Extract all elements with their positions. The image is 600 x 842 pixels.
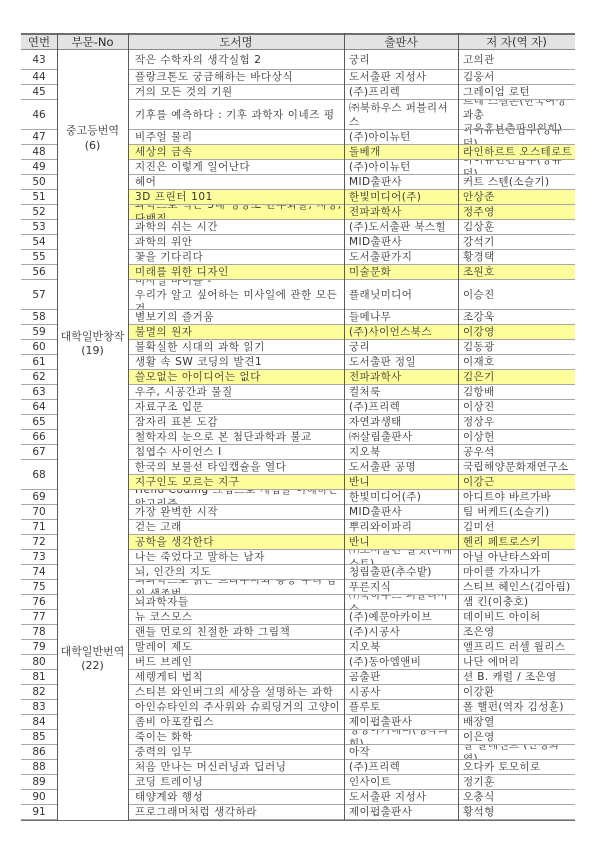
author: 김웅서 bbox=[458, 70, 575, 85]
row-number: 68 bbox=[21, 460, 57, 490]
book-title: 뇌, 인간의 지도 bbox=[128, 565, 344, 580]
author: 정기훈 bbox=[458, 775, 575, 790]
author: 라인하르트 오스테로트 bbox=[458, 145, 575, 160]
author: 오충식 bbox=[458, 790, 575, 805]
author: 마이클 가자니가 bbox=[458, 565, 575, 580]
book-title: Hello Coding 그림으로 개념을 이해하는 알고리즘 bbox=[128, 490, 344, 505]
row-number: 58 bbox=[21, 310, 57, 325]
author: 아이뉴턴편집부(양유덕) bbox=[458, 130, 575, 145]
book-title: 지진은 이렇게 일어난다 bbox=[128, 160, 344, 175]
publisher: 들메나무 bbox=[344, 310, 458, 325]
book-title: 미사일 바이블 - 우리가 알고 싶어하는 미사일에 관한 모든 것 bbox=[128, 280, 344, 310]
row-number: 45 bbox=[21, 85, 57, 100]
publisher: (주)시공사 bbox=[344, 625, 458, 640]
publisher: (주)도서출판 북스힐 bbox=[344, 220, 458, 235]
book-title: 생활 속 SW 코딩의 발견1 bbox=[128, 355, 344, 370]
publisher: 플래닛미디어 bbox=[344, 280, 458, 310]
book-title: 별보기의 즐거움 bbox=[128, 310, 344, 325]
publisher: ㈜북하우스 퍼블리셔스 bbox=[344, 100, 458, 130]
publisher: 도서출판 공명 bbox=[344, 460, 458, 475]
book-title: 세상의 금속 bbox=[128, 145, 344, 160]
publisher: 청림출판(추수밭) bbox=[344, 565, 458, 580]
author: 조강욱 bbox=[458, 310, 575, 325]
book-title: 태양계와 행성 bbox=[128, 790, 344, 805]
book-title: 중력의 임무 bbox=[128, 745, 344, 760]
book-title: 좀비 아포칼립스 bbox=[128, 715, 344, 730]
group-label-general-translation: 대학일반번역 bbox=[57, 645, 128, 659]
book-title: 침엽수 사이언스 I bbox=[128, 445, 344, 460]
author: 이재호 bbox=[458, 355, 575, 370]
book-title: 플랑크톤도 궁금해하는 바다상식 bbox=[128, 70, 344, 85]
author: 스티브 헤인스(김아림) bbox=[458, 580, 575, 595]
publisher: 반니 bbox=[344, 535, 458, 550]
column-divider bbox=[344, 33, 345, 821]
author: 아이뉴턴편집부(양유덕) bbox=[458, 160, 575, 175]
row-number: 91 bbox=[21, 805, 57, 820]
publisher: 전파과학사 bbox=[344, 205, 458, 220]
book-title: 자료구조 입문 bbox=[128, 400, 344, 415]
header-category: 부문-No bbox=[57, 35, 128, 50]
row-number: 77 bbox=[21, 610, 57, 625]
author: 조원호 bbox=[458, 265, 575, 280]
book-title: 처음 만나는 머신러닝과 딥러닝 bbox=[128, 760, 344, 775]
row-number: 82 bbox=[21, 685, 57, 700]
row-number: 66 bbox=[21, 430, 57, 445]
book-title: 뉴 코스모스 bbox=[128, 610, 344, 625]
row-number: 76 bbox=[21, 595, 57, 610]
publisher: 상상아카데미(생각의힘) bbox=[344, 730, 458, 745]
publisher: (주)프리렉 bbox=[344, 85, 458, 100]
publisher: 플루토 bbox=[344, 700, 458, 715]
row-number: 80 bbox=[21, 655, 57, 670]
publisher: 도서출판 지성사 bbox=[344, 790, 458, 805]
column-divider bbox=[458, 33, 459, 821]
author: 앨프리드 러셀 월리스 bbox=[458, 640, 575, 655]
book-title: 과학으로 먹는 3대 영양소 탄수화물, 지방, 단백질 bbox=[128, 205, 344, 220]
column-divider bbox=[128, 33, 129, 821]
book-title: 프로그래머처럼 생각하라 bbox=[128, 805, 344, 820]
publisher: 도서출판 지성사 bbox=[344, 70, 458, 85]
author: 오다카 토모히로 bbox=[458, 760, 575, 775]
publisher: (주)프리렉 bbox=[344, 400, 458, 415]
author: 나단 에머리 bbox=[458, 655, 575, 670]
row-number: 89 bbox=[21, 775, 57, 790]
row-number: 54 bbox=[21, 235, 57, 250]
group-label-middle-high-translation: 중고등번역 bbox=[57, 124, 128, 138]
author: 정상우 bbox=[458, 415, 575, 430]
book-title: 불확실한 시대의 과학 읽기 bbox=[128, 340, 344, 355]
author: 르네 스켈톤(한국여성과총 교육홍보출판위원회) bbox=[458, 100, 575, 130]
row-number: 71 bbox=[21, 520, 57, 535]
row-number: 43 bbox=[21, 50, 57, 70]
book-title: 스티븐 와인버그의 세상을 설명하는 과학 bbox=[128, 685, 344, 700]
author: 션 B. 캐럴 / 조은영 bbox=[458, 670, 575, 685]
publisher: ㈜살림출판사 bbox=[344, 430, 458, 445]
book-title: 꽃을 기다리다 bbox=[128, 250, 344, 265]
author: 황석형 bbox=[458, 805, 575, 820]
publisher: 궁리 bbox=[344, 340, 458, 355]
publisher: ㈜도서출판 길벗(더퀘스트) bbox=[344, 550, 458, 565]
author: 이강영 bbox=[458, 325, 575, 340]
row-number: 90 bbox=[21, 790, 57, 805]
row-number: 59 bbox=[21, 325, 57, 340]
header-title: 도서명 bbox=[128, 35, 344, 50]
publisher: (주)사이언스북스 bbox=[344, 325, 458, 340]
publisher: MID출판사 bbox=[344, 505, 458, 520]
author: 이강근 bbox=[458, 475, 575, 490]
book-title: 거의 모든 것의 기원 bbox=[128, 85, 344, 100]
author: 그레이엄 로턴 bbox=[458, 85, 575, 100]
group-count-general-translation: (22) bbox=[57, 659, 128, 673]
publisher: 시공사 bbox=[344, 685, 458, 700]
book-title: 버드 브레인 bbox=[128, 655, 344, 670]
row-number: 72 bbox=[21, 535, 57, 550]
author: 김은기 bbox=[458, 370, 575, 385]
book-title: 기후를 예측하다 : 기후 과학자 이네즈 펑 bbox=[128, 100, 344, 130]
row-number: 67 bbox=[21, 445, 57, 460]
book-title: 우주, 시공간과 물질 bbox=[128, 385, 344, 400]
book-title: 뇌과학으로 읽는 트라우마와 통증 우리 몸의 생존법 bbox=[128, 580, 344, 595]
author: 이상헌 bbox=[458, 430, 575, 445]
book-title: 코딩 트레이닝 bbox=[128, 775, 344, 790]
author: 폴 핼펀(역자 김성훈) bbox=[458, 700, 575, 715]
publisher: 전파과학사 bbox=[344, 370, 458, 385]
row-number: 70 bbox=[21, 505, 57, 520]
book-title: 철학자의 눈으로 본 첨단과학과 불교 bbox=[128, 430, 344, 445]
row-number: 74 bbox=[21, 565, 57, 580]
book-title: 공학을 생각한다 bbox=[128, 535, 344, 550]
publisher: 컬처룩 bbox=[344, 385, 458, 400]
book-title: 아인슈타인의 주사위와 슈뢰딩거의 고양이 bbox=[128, 700, 344, 715]
publisher: MID출판사 bbox=[344, 235, 458, 250]
author: 강석기 bbox=[458, 235, 575, 250]
publisher: 한빛미디어(주) bbox=[344, 490, 458, 505]
publisher: MID출판사 bbox=[344, 175, 458, 190]
row-number: 44 bbox=[21, 70, 57, 85]
row-number: 61 bbox=[21, 355, 57, 370]
book-title: 3D 프린터 101 bbox=[128, 190, 344, 205]
book-title: 과학의 쉬는 시간 bbox=[128, 220, 344, 235]
publisher: (주)아이뉴턴 bbox=[344, 160, 458, 175]
row-number: 56 bbox=[21, 265, 57, 280]
book-title: 쓸모없는 아이디어는 없다 bbox=[128, 370, 344, 385]
publisher: 궁리 bbox=[344, 50, 458, 70]
row-number: 55 bbox=[21, 250, 57, 265]
row-number: 63 bbox=[21, 385, 57, 400]
row-number: 60 bbox=[21, 340, 57, 355]
row-number: 47 bbox=[21, 130, 57, 145]
publisher: ㈜북하우스 퍼블리셔스 bbox=[344, 595, 458, 610]
book-title: 말레이 제도 bbox=[128, 640, 344, 655]
author: 이상진 bbox=[458, 400, 575, 415]
publisher: 뿌리와이파리 bbox=[344, 520, 458, 535]
publisher: 푸른지식 bbox=[344, 580, 458, 595]
row-number: 73 bbox=[21, 550, 57, 565]
book-title: 작은 수학자의 생각실험 2 bbox=[128, 50, 344, 70]
row-number: 62 bbox=[21, 370, 57, 385]
row-number: 84 bbox=[21, 715, 57, 730]
author: 아닐 아난타스와미 bbox=[458, 550, 575, 565]
group-count-middle-high-translation: (6) bbox=[57, 139, 128, 153]
publisher: 미술문화 bbox=[344, 265, 458, 280]
publisher: (주)동아엠앤비 bbox=[344, 655, 458, 670]
table-header: 연번 부문-No 도서명 출판사 저 자(역 자) bbox=[21, 33, 575, 50]
row-number: 78 bbox=[21, 625, 57, 640]
publisher: 곰출판 bbox=[344, 670, 458, 685]
author: 커트 스텐(소슬기) bbox=[458, 175, 575, 190]
author: 조은영 bbox=[458, 625, 575, 640]
publisher: 제이펍출판사 bbox=[344, 805, 458, 820]
row-number: 88 bbox=[21, 760, 57, 775]
author: 김상훈 bbox=[458, 220, 575, 235]
publisher: 도서출판가지 bbox=[344, 250, 458, 265]
header-publisher: 출판사 bbox=[344, 35, 458, 50]
book-title: 가장 완벽한 시작 bbox=[128, 505, 344, 520]
book-title: 불멸의 원자 bbox=[128, 325, 344, 340]
book-list-document: 연번 부문-No 도서명 출판사 저 자(역 자) 43작은 수학자의 생각실험… bbox=[0, 0, 600, 842]
author: 이은영 bbox=[458, 730, 575, 745]
publisher: 지오북 bbox=[344, 445, 458, 460]
row-number: 57 bbox=[21, 280, 57, 310]
publisher: 반니 bbox=[344, 475, 458, 490]
author: 국립해양문화재연구소 bbox=[458, 460, 575, 475]
publisher: 도서출판 정일 bbox=[344, 355, 458, 370]
author: 공우석 bbox=[458, 445, 575, 460]
author: 팀 버케드(소슬기) bbox=[458, 505, 575, 520]
header-no: 연번 bbox=[21, 35, 57, 50]
publisher: 지오북 bbox=[344, 640, 458, 655]
book-title: 헤어 bbox=[128, 175, 344, 190]
header-author: 저 자(역 자) bbox=[458, 35, 575, 50]
row-number: 49 bbox=[21, 160, 57, 175]
publisher: 한빛미디어(주) bbox=[344, 190, 458, 205]
table-bottom-border bbox=[21, 820, 575, 821]
row-number: 85 bbox=[21, 730, 57, 745]
book-title: 죽이는 화학 bbox=[128, 730, 344, 745]
author: 이승진 bbox=[458, 280, 575, 310]
author: 헨리 페트로스키 bbox=[458, 535, 575, 550]
author: 김동광 bbox=[458, 340, 575, 355]
row-number: 46 bbox=[21, 100, 57, 130]
author: 황경택 bbox=[458, 250, 575, 265]
row-number: 52 bbox=[21, 205, 57, 220]
group-label-general-original: 대학일반창작 bbox=[57, 330, 128, 344]
publisher: 인사이트 bbox=[344, 775, 458, 790]
author: 아디트야 바르가바 bbox=[458, 490, 575, 505]
row-number: 79 bbox=[21, 640, 57, 655]
book-title: 세렝게티 법칙 bbox=[128, 670, 344, 685]
row-number: 83 bbox=[21, 700, 57, 715]
row-number: 81 bbox=[21, 670, 57, 685]
book-title: 한국의 보물선 타임캡슐을 열다 bbox=[128, 460, 344, 475]
row-number: 51 bbox=[21, 190, 57, 205]
book-title: 과학의 위안 bbox=[128, 235, 344, 250]
book-title: 지구인도 모르는 지구 bbox=[128, 475, 344, 490]
publisher: 돌베개 bbox=[344, 145, 458, 160]
row-number: 75 bbox=[21, 580, 57, 595]
book-title: 랜들 먼로의 친절한 과학 그림책 bbox=[128, 625, 344, 640]
row-number: 65 bbox=[21, 415, 57, 430]
author: 배장열 bbox=[458, 715, 575, 730]
row-number: 53 bbox=[21, 220, 57, 235]
publisher: 자연과생태 bbox=[344, 415, 458, 430]
book-title: 미래를 위한 디자인 bbox=[128, 265, 344, 280]
row-number: 86 bbox=[21, 745, 57, 760]
publisher: (주)아이뉴턴 bbox=[344, 130, 458, 145]
author: 정주영 bbox=[458, 205, 575, 220]
publisher: 아작 bbox=[344, 745, 458, 760]
column-divider bbox=[57, 33, 58, 821]
author: 김미선 bbox=[458, 520, 575, 535]
author: 김항배 bbox=[458, 385, 575, 400]
row-number: 64 bbox=[21, 400, 57, 415]
author: 할 클레멘트 (안정희 역) bbox=[458, 745, 575, 760]
row-number: 50 bbox=[21, 175, 57, 190]
publisher: (주)예문아카이브 bbox=[344, 610, 458, 625]
row-number: 69 bbox=[21, 490, 57, 505]
author: 데이비드 아이허 bbox=[458, 610, 575, 625]
book-title: 뇌과학자들 bbox=[128, 595, 344, 610]
book-title: 걷는 고래 bbox=[128, 520, 344, 535]
book-title: 잠자리 표본 도감 bbox=[128, 415, 344, 430]
publisher: 제이펍출판사 bbox=[344, 715, 458, 730]
author: 이강환 bbox=[458, 685, 575, 700]
publisher: (주)프리렉 bbox=[344, 760, 458, 775]
book-title: 비주얼 물리 bbox=[128, 130, 344, 145]
row-number: 48 bbox=[21, 145, 57, 160]
author: 샘 킨(이충호) bbox=[458, 595, 575, 610]
group-count-general-original: (19) bbox=[57, 344, 128, 358]
book-title: 나는 죽었다고 말하는 남자 bbox=[128, 550, 344, 565]
author: 고의관 bbox=[458, 50, 575, 70]
author: 안상준 bbox=[458, 190, 575, 205]
